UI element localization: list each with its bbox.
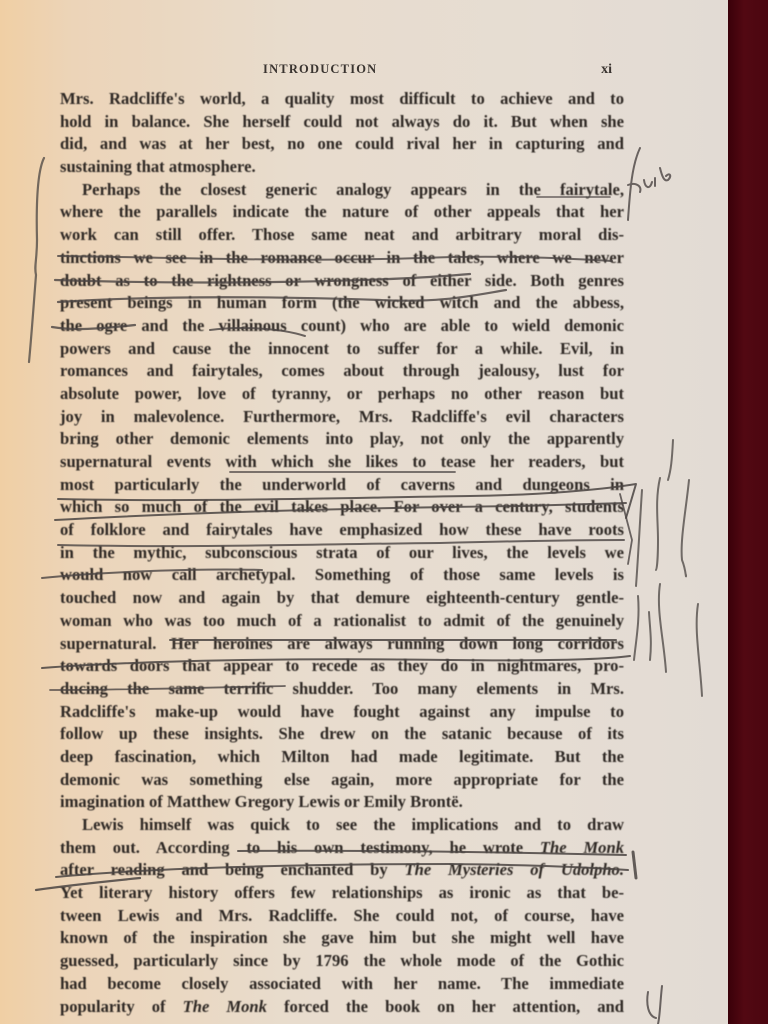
text-line: bring other demonic elements into play, … — [60, 428, 624, 451]
text-fragment: them out. According to his own testimony… — [60, 838, 540, 857]
text-line: tinctions we see in the romance occur in… — [60, 247, 624, 270]
text-line: towards doors that appear to recede as t… — [60, 655, 624, 678]
text-line: ducing the same terrific shudder. Too ma… — [60, 678, 624, 701]
text-line: touched now and again by that demure eig… — [60, 587, 624, 610]
text-line: most particularly the underworld of cave… — [60, 474, 624, 497]
body-text: Mrs. Radcliffe's world, a quality most d… — [60, 88, 624, 1018]
book-page: INTRODUCTION xi Mrs. Radcliffe's world, … — [0, 0, 728, 1024]
text-line: Yet literary history offers few relation… — [60, 882, 624, 905]
chapter-title: INTRODUCTION — [263, 62, 377, 77]
text-line: the ogre and the villainous count) who a… — [60, 315, 624, 338]
text-line: would now call archetypal. Something of … — [60, 564, 624, 587]
text-line: romances and fairytales, comes about thr… — [60, 360, 624, 383]
text-line: doubt as to the rightness or wrongness o… — [60, 270, 624, 293]
text-line: hold in balance. She herself could not a… — [60, 111, 624, 134]
text-line: absolute power, love of tyranny, or perh… — [60, 383, 624, 406]
text-line: imagination of Matthew Gregory Lewis or … — [60, 791, 624, 814]
text-line: in the mythic, subconscious strata of ou… — [60, 542, 624, 565]
text-line: present beings in human form (the wicked… — [60, 292, 624, 315]
text-line: joy in malevolence. Furthermore, Mrs. Ra… — [60, 406, 624, 429]
text-fragment: forced the book on her attention, and — [267, 997, 624, 1016]
text-line: which so much of the evil takes place. F… — [60, 496, 624, 519]
book-cover-edge — [728, 0, 768, 1024]
text-line: Radcliffe's make-up would have fought ag… — [60, 701, 624, 724]
text-line: work can still offer. Those same neat an… — [60, 224, 624, 247]
text-line: woman who was too much of a rationalist … — [60, 610, 624, 633]
paragraph-start: Lewis himself was quick to see the impli… — [60, 814, 624, 837]
text-line: of folklore and fairytales have emphasiz… — [60, 519, 624, 542]
text-fragment: after reading and being enchanted by — [60, 860, 404, 879]
text-line: Mrs. Radcliffe's world, a quality most d… — [60, 88, 624, 111]
text-line: them out. According to his own testimony… — [60, 837, 624, 860]
text-line: deep fascination, which Milton had made … — [60, 746, 624, 769]
text-line: after reading and being enchanted by The… — [60, 859, 624, 882]
paragraph-start: Perhaps the closest generic analogy appe… — [60, 179, 624, 202]
text-line: powers and cause the innocent to suffer … — [60, 338, 624, 361]
text-fragment: popularity of — [60, 997, 183, 1016]
text-line: did, and was at her best, no one could r… — [60, 133, 624, 156]
text-line: guessed, particularly since by 1796 the … — [60, 950, 624, 973]
text-line: sustaining that atmosphere. — [60, 156, 624, 179]
text-line: known of the inspiration she gave him bu… — [60, 927, 624, 950]
text-line: popularity of The Monk forced the book o… — [60, 996, 624, 1019]
text-line: tween Lewis and Mrs. Radcliffe. She coul… — [60, 905, 624, 928]
text-line: supernatural events with which she likes… — [60, 451, 624, 474]
page-number: xi — [601, 62, 612, 78]
text-line: had become closely associated with her n… — [60, 973, 624, 996]
italic-title: The Mysteries of Udolpho. — [404, 860, 624, 879]
text-line: follow up these insights. She drew on th… — [60, 723, 624, 746]
text-line: demonic was something else again, more a… — [60, 769, 624, 792]
italic-title: The Monk — [540, 838, 624, 857]
italic-title: The Monk — [183, 997, 267, 1016]
text-line: where the parallels indicate the nature … — [60, 201, 624, 224]
text-line: supernatural. Her heroines are always ru… — [60, 633, 624, 656]
running-head: INTRODUCTION xi — [60, 62, 610, 82]
